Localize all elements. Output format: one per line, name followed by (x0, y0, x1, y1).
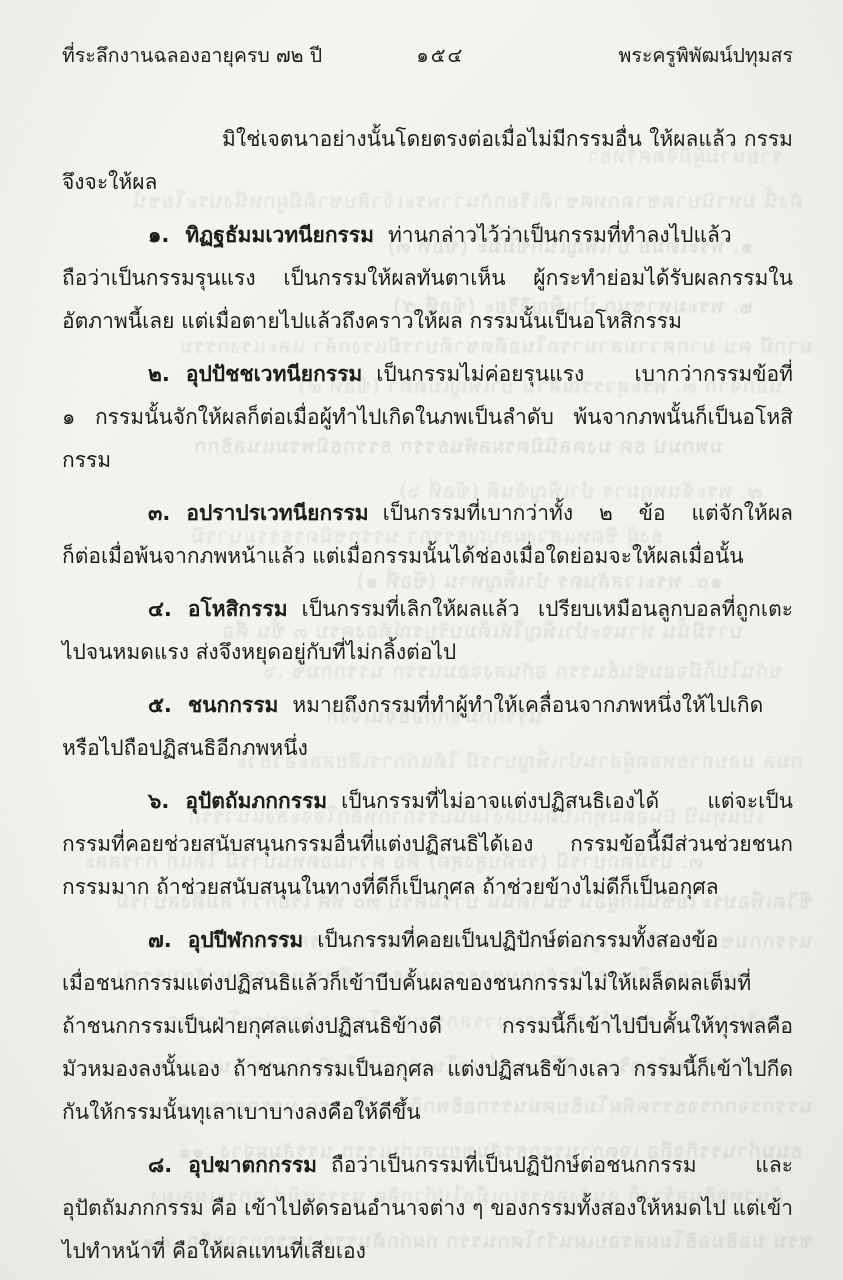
item-number: ๘. (148, 1153, 172, 1177)
paragraph-first-line: มิใช่เจตนาอย่างนั้นโดยตรงต่อเมื่อไม่มีกร… (62, 118, 793, 161)
paragraph-first-line: ๒.อุปปัชชเวทนียกรรมเป็นกรรมไม่ค่อยรุนแรง… (62, 353, 793, 396)
paragraph-line: จึงจะให้ผล (62, 161, 793, 204)
paragraph-text: เป็นกรรมที่คอยเป็นปฏิปักษ์ต่อกรรมทั้งสอง… (317, 928, 718, 952)
paragraph-first-line: ๖.อุปัตถัมภกกรรมเป็นกรรมที่ไม่อาจแต่งปฏิ… (62, 780, 793, 823)
page-body: มิใช่เจตนาอย่างนั้นโดยตรงต่อเมื่อไม่มีกร… (62, 118, 793, 1273)
paragraph-line: อัตภาพนี้เลย แต่เมื่อตายไปแล้วถึงคราวให้… (62, 300, 793, 343)
item-number: ๓. (148, 501, 170, 525)
paragraph-text: ท่านกล่าวไว้ว่าเป็นกรรมที่ทำลงไปแล้ว (388, 223, 732, 247)
paragraph-text: เป็นกรรมที่ไม่อาจแต่งปฏิสนธิเองได้ แต่จะ… (341, 789, 793, 813)
paragraph: ๑.ทิฏฐธัมมเวทนียกรรมท่านกล่าวไว้ว่าเป็นก… (62, 214, 793, 343)
header-right-title: พระครูพิพัฒน์ปทุมสร (619, 40, 793, 71)
paragraph-first-line: ๔.อโหสิกรรมเป็นกรรมที่เลิกให้ผลแล้ว เปรี… (62, 588, 793, 631)
paragraph: มิใช่เจตนาอย่างนั้นโดยตรงต่อเมื่อไม่มีกร… (62, 118, 793, 204)
paragraph-line: ถือว่าเป็นกรรมรุนแรง เป็นกรรมให้ผลทันตาเ… (62, 257, 793, 300)
paragraph: ๔.อโหสิกรรมเป็นกรรมที่เลิกให้ผลแล้ว เปรี… (62, 588, 793, 674)
first-line-indent (62, 519, 148, 520)
first-line-indent (62, 380, 148, 381)
paragraph-line: กันให้กรรมนั้นทุเลาเบาบางลงคือให้ดีขึ้น (62, 1091, 793, 1134)
paragraph-line: กรรมมาก ถ้าช่วยสนับสนุนในทางที่ดีก็เป็นก… (62, 866, 793, 909)
item-number: ๗. (148, 928, 172, 952)
paragraph: ๘.อุปฆาตกกรรมถือว่าเป็นกรรมที่เป็นปฏิปัก… (62, 1144, 793, 1273)
karma-term-heading: อปราปรเวทนียกรรม (186, 501, 368, 525)
karma-term-heading: อุปปีฬกกรรม (188, 928, 303, 952)
paragraph-line: ถ้าชนกกรรมเป็นฝ่ายกุศลแต่งปฏิสนธิข้างดี … (62, 1005, 793, 1048)
scanned-book-page: ๒ ๗๓รายนามผู้มีจิตศรัทธาดังนี้ มหานิบาตช… (0, 0, 843, 1280)
paragraph-line: ไปจนหมดแรง ส่งจึงหยุดอยู่กับที่ไม่กลิ้งต… (62, 631, 793, 674)
paragraph: ๓.อปราปรเวทนียกรรมเป็นกรรมที่เบากว่าทั้ง… (62, 492, 793, 578)
paragraph-first-line: ๘.อุปฆาตกกรรมถือว่าเป็นกรรมที่เป็นปฏิปัก… (62, 1144, 793, 1187)
karma-term-heading: อุปปัชชเวทนียกรรม (186, 362, 362, 386)
first-line-indent (62, 946, 148, 947)
page-header: ที่ระลึกงานฉลองอายุครบ ๗๒ ปี ๑๕๔ พระครูพ… (62, 40, 793, 74)
paragraph-line: กรรมที่คอยช่วยสนับสนุนกรรมอื่นที่แต่งปฏิ… (62, 823, 793, 866)
paragraph-first-line: ๕.ชนกกรรมหมายถึงกรรมที่ทำผู้ทำให้เคลื่อน… (62, 684, 793, 727)
page-number: ๑๕๔ (416, 40, 464, 71)
paragraph-line: ก็ต่อเมื่อพ้นจากภพหน้าแล้ว แต่เมื่อกรรมน… (62, 535, 793, 578)
paragraph-first-line: ๑.ทิฏฐธัมมเวทนียกรรมท่านกล่าวไว้ว่าเป็นก… (62, 214, 793, 257)
first-line-indent (62, 1171, 148, 1172)
paragraph-text: หมายถึงกรรมที่ทำผู้ทำให้เคลื่อนจากภพหนึ่… (292, 693, 763, 717)
paragraph-line: มัวหมองลงนั้นเอง ถ้าชนกกรรมเป็นอกุศล แต่… (62, 1048, 793, 1091)
paragraph-line: ๑ กรรมนั้นจักให้ผลก็ต่อเมื่อผู้ทำไปเกิดใ… (62, 396, 793, 439)
paragraph: ๕.ชนกกรรมหมายถึงกรรมที่ทำผู้ทำให้เคลื่อน… (62, 684, 793, 770)
first-line-indent (62, 145, 222, 146)
paragraph-text: ถือว่าเป็นกรรมที่เป็นปฏิปักษ์ต่อชนกกรรม … (331, 1153, 793, 1177)
first-line-indent (62, 807, 148, 808)
item-number: ๒. (148, 362, 170, 386)
paragraph-line: อุปัตถัมภกกรรม คือ เข้าไปตัดรอนอำนาจต่าง… (62, 1187, 793, 1230)
paragraph-line: เมื่อชนกกรรมแต่งปฏิสนธิแล้วก็เข้าบีบคั้น… (62, 962, 793, 1005)
karma-term-heading: ชนกกรรม (188, 693, 278, 717)
paragraph: ๒.อุปปัชชเวทนียกรรมเป็นกรรมไม่ค่อยรุนแรง… (62, 353, 793, 482)
paragraph-first-line: ๓.อปราปรเวทนียกรรมเป็นกรรมที่เบากว่าทั้ง… (62, 492, 793, 535)
item-number: ๔. (148, 597, 172, 621)
karma-term-heading: อุปัตถัมภกกรรม (185, 789, 327, 813)
paragraph-text: เป็นกรรมที่เบากว่าทั้ง ๒ ข้อ แต่จักให้ผล (383, 501, 793, 525)
item-number: ๑. (148, 223, 169, 247)
paragraph: ๖.อุปัตถัมภกกรรมเป็นกรรมที่ไม่อาจแต่งปฏิ… (62, 780, 793, 909)
paragraph-text: เป็นกรรมไม่ค่อยรุนแรง เบากว่ากรรมข้อที่ (376, 362, 793, 386)
paragraph-first-line: ๗.อุปปีฬกกรรมเป็นกรรมที่คอยเป็นปฏิปักษ์ต… (62, 919, 793, 962)
karma-term-heading: ทิฏฐธัมมเวทนียกรรม (185, 223, 374, 247)
paragraph-list: มิใช่เจตนาอย่างนั้นโดยตรงต่อเมื่อไม่มีกร… (62, 118, 793, 1273)
paragraph: ๗.อุปปีฬกกรรมเป็นกรรมที่คอยเป็นปฏิปักษ์ต… (62, 919, 793, 1134)
header-left-title: ที่ระลึกงานฉลองอายุครบ ๗๒ ปี (62, 40, 322, 71)
paragraph-line: กรรม (62, 439, 793, 482)
karma-term-heading: อุปฆาตกกรรม (188, 1153, 317, 1177)
karma-term-heading: อโหสิกรรม (188, 597, 288, 621)
first-line-indent (62, 241, 148, 242)
paragraph-line: ไปทำหน้าที่ คือให้ผลแทนที่เสียเอง (62, 1230, 793, 1273)
first-line-indent (62, 615, 148, 616)
paragraph-text: มิใช่เจตนาอย่างนั้นโดยตรงต่อเมื่อไม่มีกร… (62, 127, 793, 161)
item-number: ๖. (148, 789, 169, 813)
item-number: ๕. (148, 693, 172, 717)
first-line-indent (62, 711, 148, 712)
paragraph-line: หรือไปถือปฏิสนธิอีกภพหนึ่ง (62, 727, 793, 770)
paragraph-text: เป็นกรรมที่เลิกให้ผลแล้ว เปรียบเหมือนลูก… (302, 597, 793, 621)
